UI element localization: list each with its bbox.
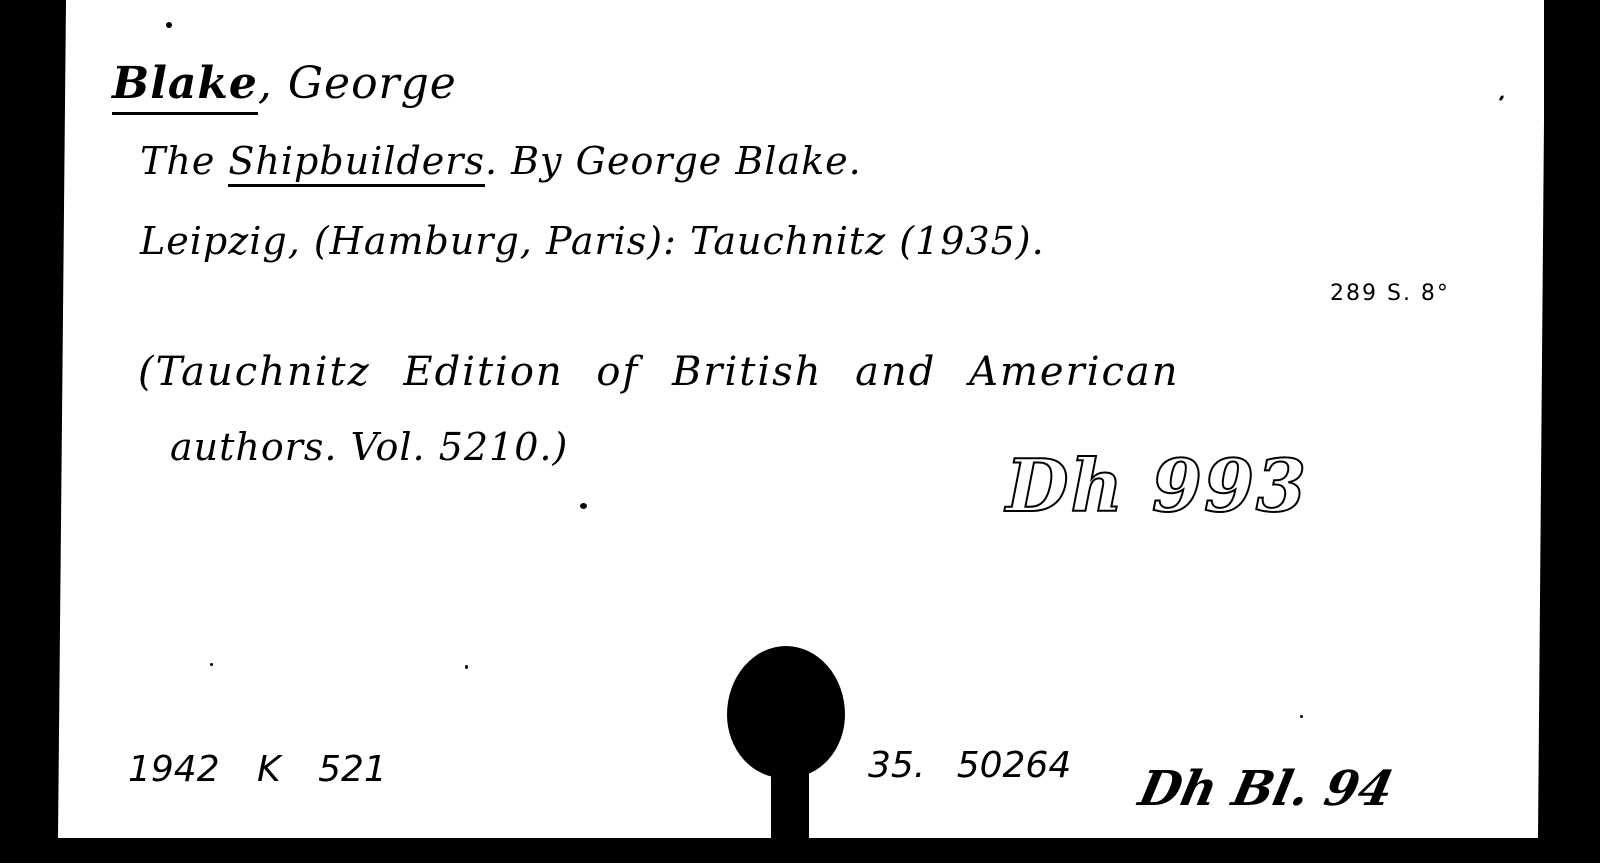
collation-note: 289 S. 8° xyxy=(1330,283,1450,305)
card-punch-hole xyxy=(727,646,845,778)
accession-number-right: 35. 50264 xyxy=(868,748,1071,784)
speck xyxy=(166,22,172,28)
author-heading: Blake, George xyxy=(112,62,457,115)
series-statement-line-1: (Tauchnitz Edition of British and Americ… xyxy=(138,352,1180,392)
accession-number-left: 1942 K 521 xyxy=(128,752,387,788)
title-prefix: The xyxy=(140,139,228,183)
speck xyxy=(1300,715,1303,718)
scanned-catalog-card: Blake, George The Shipbuilders. By Georg… xyxy=(0,0,1600,863)
statement-of-responsibility: . By George Blake. xyxy=(485,139,862,183)
book-title: Shipbuilders xyxy=(228,142,485,187)
card-punch-slot xyxy=(771,760,809,850)
shelfmark-bottom: Dh Bl. 94 xyxy=(1135,765,1397,813)
speck xyxy=(210,663,213,666)
speck xyxy=(465,665,468,669)
author-given-name: , George xyxy=(258,58,457,109)
speck xyxy=(580,503,587,509)
shelfmark: Dh 993 xyxy=(1006,450,1308,522)
author-surname: Blake xyxy=(112,62,258,115)
title-line: The Shipbuilders. By George Blake. xyxy=(140,142,862,187)
series-statement-line-2: authors. Vol. 5210.) xyxy=(170,428,568,466)
imprint-line: Leipzig, (Hamburg, Paris): Tauchnitz (19… xyxy=(140,222,1045,260)
